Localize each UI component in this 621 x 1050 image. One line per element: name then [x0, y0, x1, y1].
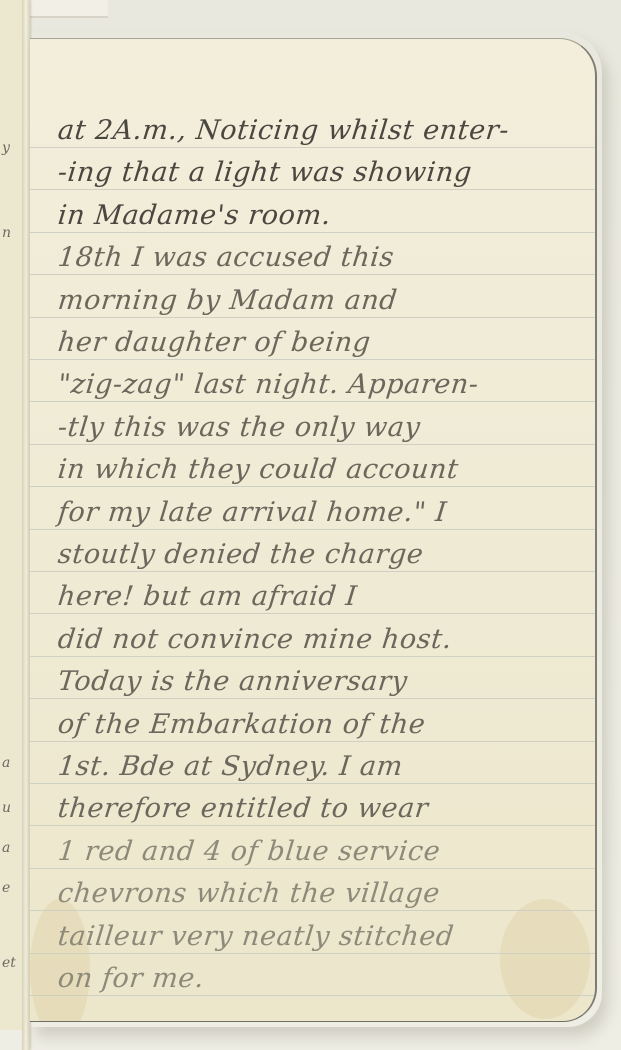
handwritten-line: tailleur very neatly stitched: [56, 917, 577, 957]
handwritten-line: did not convince mine host.: [56, 620, 577, 660]
margin-fragment: a: [2, 755, 10, 771]
handwritten-line: -ing that a light was showing: [56, 153, 577, 193]
margin-fragment: n: [2, 225, 11, 241]
margin-fragment: u: [2, 800, 11, 816]
handwritten-line: stoutly denied the charge: [56, 535, 577, 575]
handwritten-line: "zig-zag" last night. Apparen-: [56, 365, 577, 405]
handwritten-line: for my late arrival home." I: [56, 493, 577, 533]
handwritten-line: therefore entitled to wear: [56, 789, 577, 829]
handwritten-line: in which they could account: [56, 450, 577, 490]
margin-fragment: et: [2, 955, 16, 971]
handwritten-line: her daughter of being: [56, 323, 577, 363]
handwritten-line: here! but am afraid I: [56, 577, 577, 617]
handwritten-line: 1 red and 4 of blue service: [56, 832, 577, 872]
handwritten-line: in Madame's room.: [56, 196, 577, 236]
margin-fragment: e: [2, 880, 10, 896]
handwritten-line: 1st. Bde at Sydney. I am: [56, 747, 577, 787]
margin-fragment: y: [2, 140, 10, 156]
handwritten-line: of the Embarkation of the: [56, 705, 577, 745]
handwritten-line: morning by Madam and: [56, 281, 577, 321]
diary-page: at 2A.m., Noticing whilst enter--ing tha…: [30, 38, 597, 1022]
handwritten-line: Today is the anniversary: [56, 662, 577, 702]
handwritten-line: -tly this was the only way: [56, 408, 577, 448]
handwritten-line: 18th I was accused this: [56, 238, 577, 278]
handwritten-line: on for me.: [56, 959, 577, 999]
margin-fragment: a: [2, 840, 10, 856]
book-gutter: [22, 0, 30, 1050]
handwritten-line: at 2A.m., Noticing whilst enter-: [56, 111, 577, 151]
handwritten-line: chevrons which the village: [56, 874, 577, 914]
